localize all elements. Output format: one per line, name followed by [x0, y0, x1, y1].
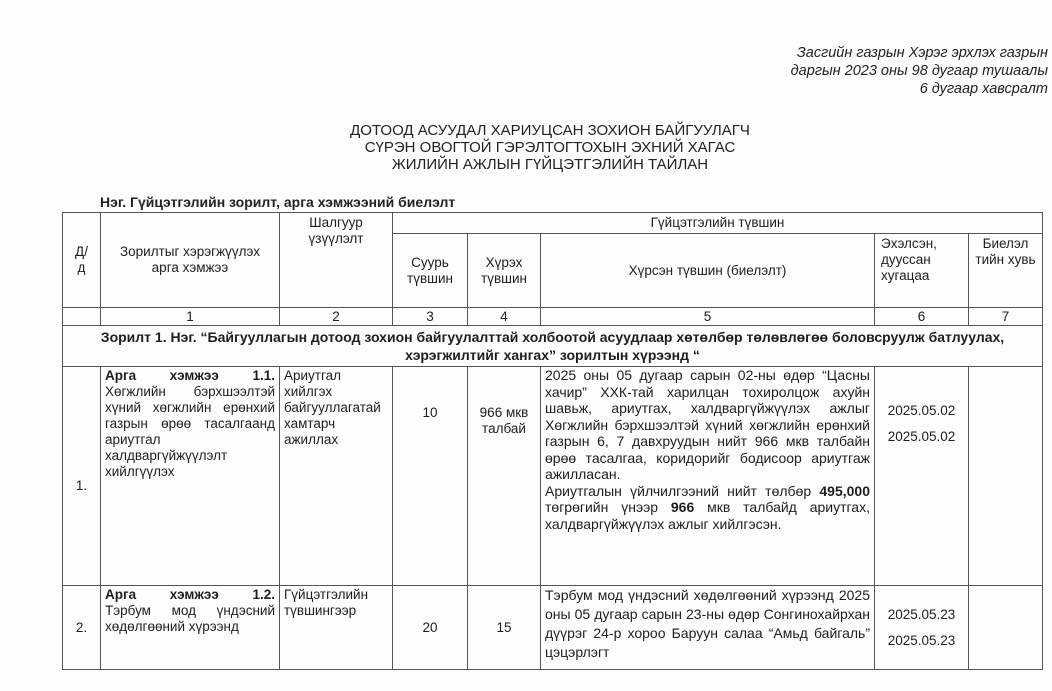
base-cell: 10	[393, 367, 468, 586]
measure-title: Арга хэмжээ 1.1.	[105, 368, 275, 383]
end-date: 2025.05.02	[879, 429, 964, 445]
area-amount: 966	[671, 499, 694, 515]
header-target: Хүрэх түвшин	[468, 234, 541, 308]
criteria-cell: Ариутгал хийлгэх байгууллагатай хамтарч …	[280, 367, 393, 586]
header-criteria: Шалгуур үзүүлэлт	[280, 213, 393, 308]
performance-table: Д/ д Зорилтыг хэрэгжүүлэх арга хэмжээ Ша…	[62, 212, 1043, 670]
column-number: 7	[969, 308, 1043, 326]
column-number: 4	[468, 308, 541, 326]
period-cell: 2025.05.02 2025.05.02	[875, 367, 969, 586]
title-line-3: ЖИЛИЙН АЖЛЫН ГҮЙЦЭТГЭЛИЙН ТАЙЛАН	[300, 156, 800, 173]
measure-title: Арга хэмжээ 1.2.	[105, 587, 275, 602]
fee-amount: 495,000	[819, 483, 870, 499]
period-cell: 2025.05.23 2025.05.23	[875, 586, 969, 670]
column-number: 6	[875, 308, 969, 326]
column-number-row: 1 2 3 4 5 6 7	[63, 308, 1043, 326]
column-number: 1	[101, 308, 280, 326]
achieved-paragraph-1: 2025 оны 05 дугаар сарын 02-ны өдөр “Цас…	[545, 367, 870, 483]
percent-cell	[969, 367, 1043, 586]
column-number: 5	[541, 308, 875, 326]
target-cell: 15	[468, 586, 541, 670]
criteria-cell: Гүйцэтгэлийн түвшингээр	[280, 586, 393, 670]
table-row: 1. Арга хэмжээ 1.1. Хөгжлийн бэрхшээлтэй…	[63, 367, 1043, 586]
title-line-1: ДОТООД АСУУДАЛ ХАРИУЦСАН ЗОХИОН БАЙГУУЛА…	[300, 122, 800, 139]
achieved-cell: Тэрбум мод үндэсний хөдөлгөөний хүрээнд …	[541, 586, 875, 670]
table-row: 2. Арга хэмжээ 1.2. Тэрбум мод үндэсний …	[63, 586, 1043, 670]
achieved-paragraph-2: Ариутгалын үйлчилгээний нийт төлбөр 495,…	[545, 483, 870, 533]
annex-line-2: даргын 2023 оны 98 дугаар тушаалы	[628, 62, 1048, 80]
measure-text: Тэрбум мод үндэсний хөдөлгөөний хүрээнд	[105, 603, 275, 634]
achieved-cell: 2025 оны 05 дугаар сарын 02-ны өдөр “Цас…	[541, 367, 875, 586]
achieved-paragraph-1: Тэрбум мод үндэсний хөдөлгөөний хүрээнд …	[545, 586, 870, 662]
section-heading: Нэг. Гүйцэтгэлийн зорилт, арга хэмжээний…	[100, 194, 455, 210]
annex-line-3: 6 дугаар хавсралт	[628, 80, 1048, 98]
header-level-group: Гүйцэтгэлийн түвшин	[393, 213, 1043, 234]
start-date: 2025.05.23	[879, 607, 964, 623]
row-number: 1.	[63, 367, 101, 586]
header-achieved: Хүрсэн түвшин (биелэлт)	[541, 234, 875, 308]
title-line-2: СҮРЭН ОВОГТОЙ ГЭРЭЛТОГТОХЫН ЭХНИЙ ХАГАС	[300, 139, 800, 156]
measure-cell: Арга хэмжээ 1.2. Тэрбум мод үндэсний хөд…	[101, 586, 280, 670]
header-row-1: Д/ д Зорилтыг хэрэгжүүлэх арга хэмжээ Ша…	[63, 213, 1043, 234]
row-number: 2.	[63, 586, 101, 670]
measure-text: Хөгжлийн бэрхшээлтэй хүний хөгжлийн ерөн…	[105, 384, 275, 479]
annex-line-1: Засгийн газрын Хэрэг эрхлэх газрын	[628, 44, 1048, 62]
header-no: Д/ д	[63, 213, 101, 308]
header-period: Эхэлсэн, дууссан хугацаа	[875, 234, 969, 308]
base-cell: 20	[393, 586, 468, 670]
annex-reference: Засгийн газрын Хэрэг эрхлэх газрын даргы…	[628, 44, 1048, 98]
header-measure: Зорилтыг хэрэгжүүлэх арга хэмжээ	[101, 213, 280, 308]
document-title: ДОТООД АСУУДАЛ ХАРИУЦСАН ЗОХИОН БАЙГУУЛА…	[300, 122, 800, 173]
header-percent: Биелэл тийн хувь	[969, 234, 1043, 308]
measure-cell: Арга хэмжээ 1.1. Хөгжлийн бэрхшээлтэй хү…	[101, 367, 280, 586]
target-cell: 966 мкв талбай	[468, 367, 541, 586]
goal-row: Зорилт 1. Нэг. “Байгууллагын дотоод зохи…	[63, 326, 1043, 367]
goal-text: Зорилт 1. Нэг. “Байгууллагын дотоод зохи…	[63, 326, 1043, 367]
start-date: 2025.05.02	[879, 403, 964, 419]
percent-cell	[969, 586, 1043, 670]
column-number: 3	[393, 308, 468, 326]
end-date: 2025.05.23	[879, 633, 964, 649]
header-base: Суурь түвшин	[393, 234, 468, 308]
column-number: 2	[280, 308, 393, 326]
